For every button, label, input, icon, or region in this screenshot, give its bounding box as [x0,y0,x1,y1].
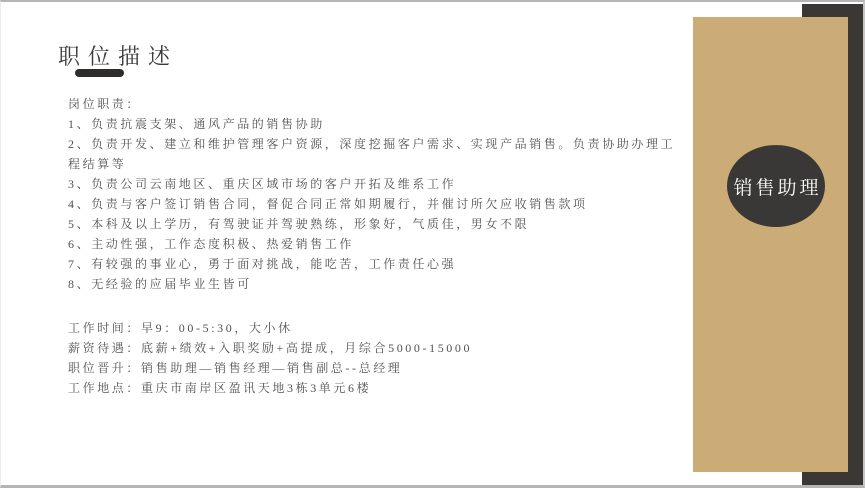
responsibility-item: 2、负责开发、建立和维护管理客户资源，深度挖掘客户需求、实现产品销售。负责协助办… [68,134,682,174]
promotion-line: 职位晋升：销售助理—销售经理—销售副总--总经理 [68,358,682,378]
responsibilities-heading: 岗位职责： [68,94,682,114]
responsibility-item: 3、负责公司云南地区、重庆区域市场的客户开拓及维系工作 [68,174,682,194]
job-title-badge: 销售助理 [727,145,825,227]
location-line: 工作地点：重庆市南岸区盈讯天地3栋3单元6楼 [68,378,682,398]
salary-line: 薪资待遇：底薪+绩效+入职奖励+高提成，月综合5000-15000 [68,338,682,358]
page-title: 职位描述 [58,40,178,71]
responsibility-item: 8、无经验的应届毕业生皆可 [68,274,682,294]
responsibility-item: 7、有较强的事业心，勇于面对挑战，能吃苦，工作责任心强 [68,254,682,274]
job-title-badge-label: 销售助理 [733,173,821,200]
title-underline [75,69,124,77]
responsibility-item: 4、负责与客户签订销售合同，督促合同正常如期履行，并催讨所欠应收销售款项 [68,194,682,214]
responsibility-item: 1、负责抗震支架、通风产品的销售协助 [68,114,682,134]
responsibilities-section: 岗位职责： 1、负责抗震支架、通风产品的销售协助 2、负责开发、建立和维护管理客… [68,94,682,294]
work-time-line: 工作时间：早9：00-5:30，大小休 [68,318,682,338]
job-details-section: 工作时间：早9：00-5:30，大小休 薪资待遇：底薪+绩效+入职奖励+高提成，… [68,318,682,398]
responsibility-item: 5、本科及以上学历，有驾驶证并驾驶熟练，形象好，气质佳，男女不限 [68,214,682,234]
responsibility-item: 6、主动性强，工作态度积极、热爱销售工作 [68,234,682,254]
job-description-slide: 职位描述 岗位职责： 1、负责抗震支架、通风产品的销售协助 2、负责开发、建立和… [0,0,865,488]
side-accent-band: 销售助理 [693,17,848,472]
